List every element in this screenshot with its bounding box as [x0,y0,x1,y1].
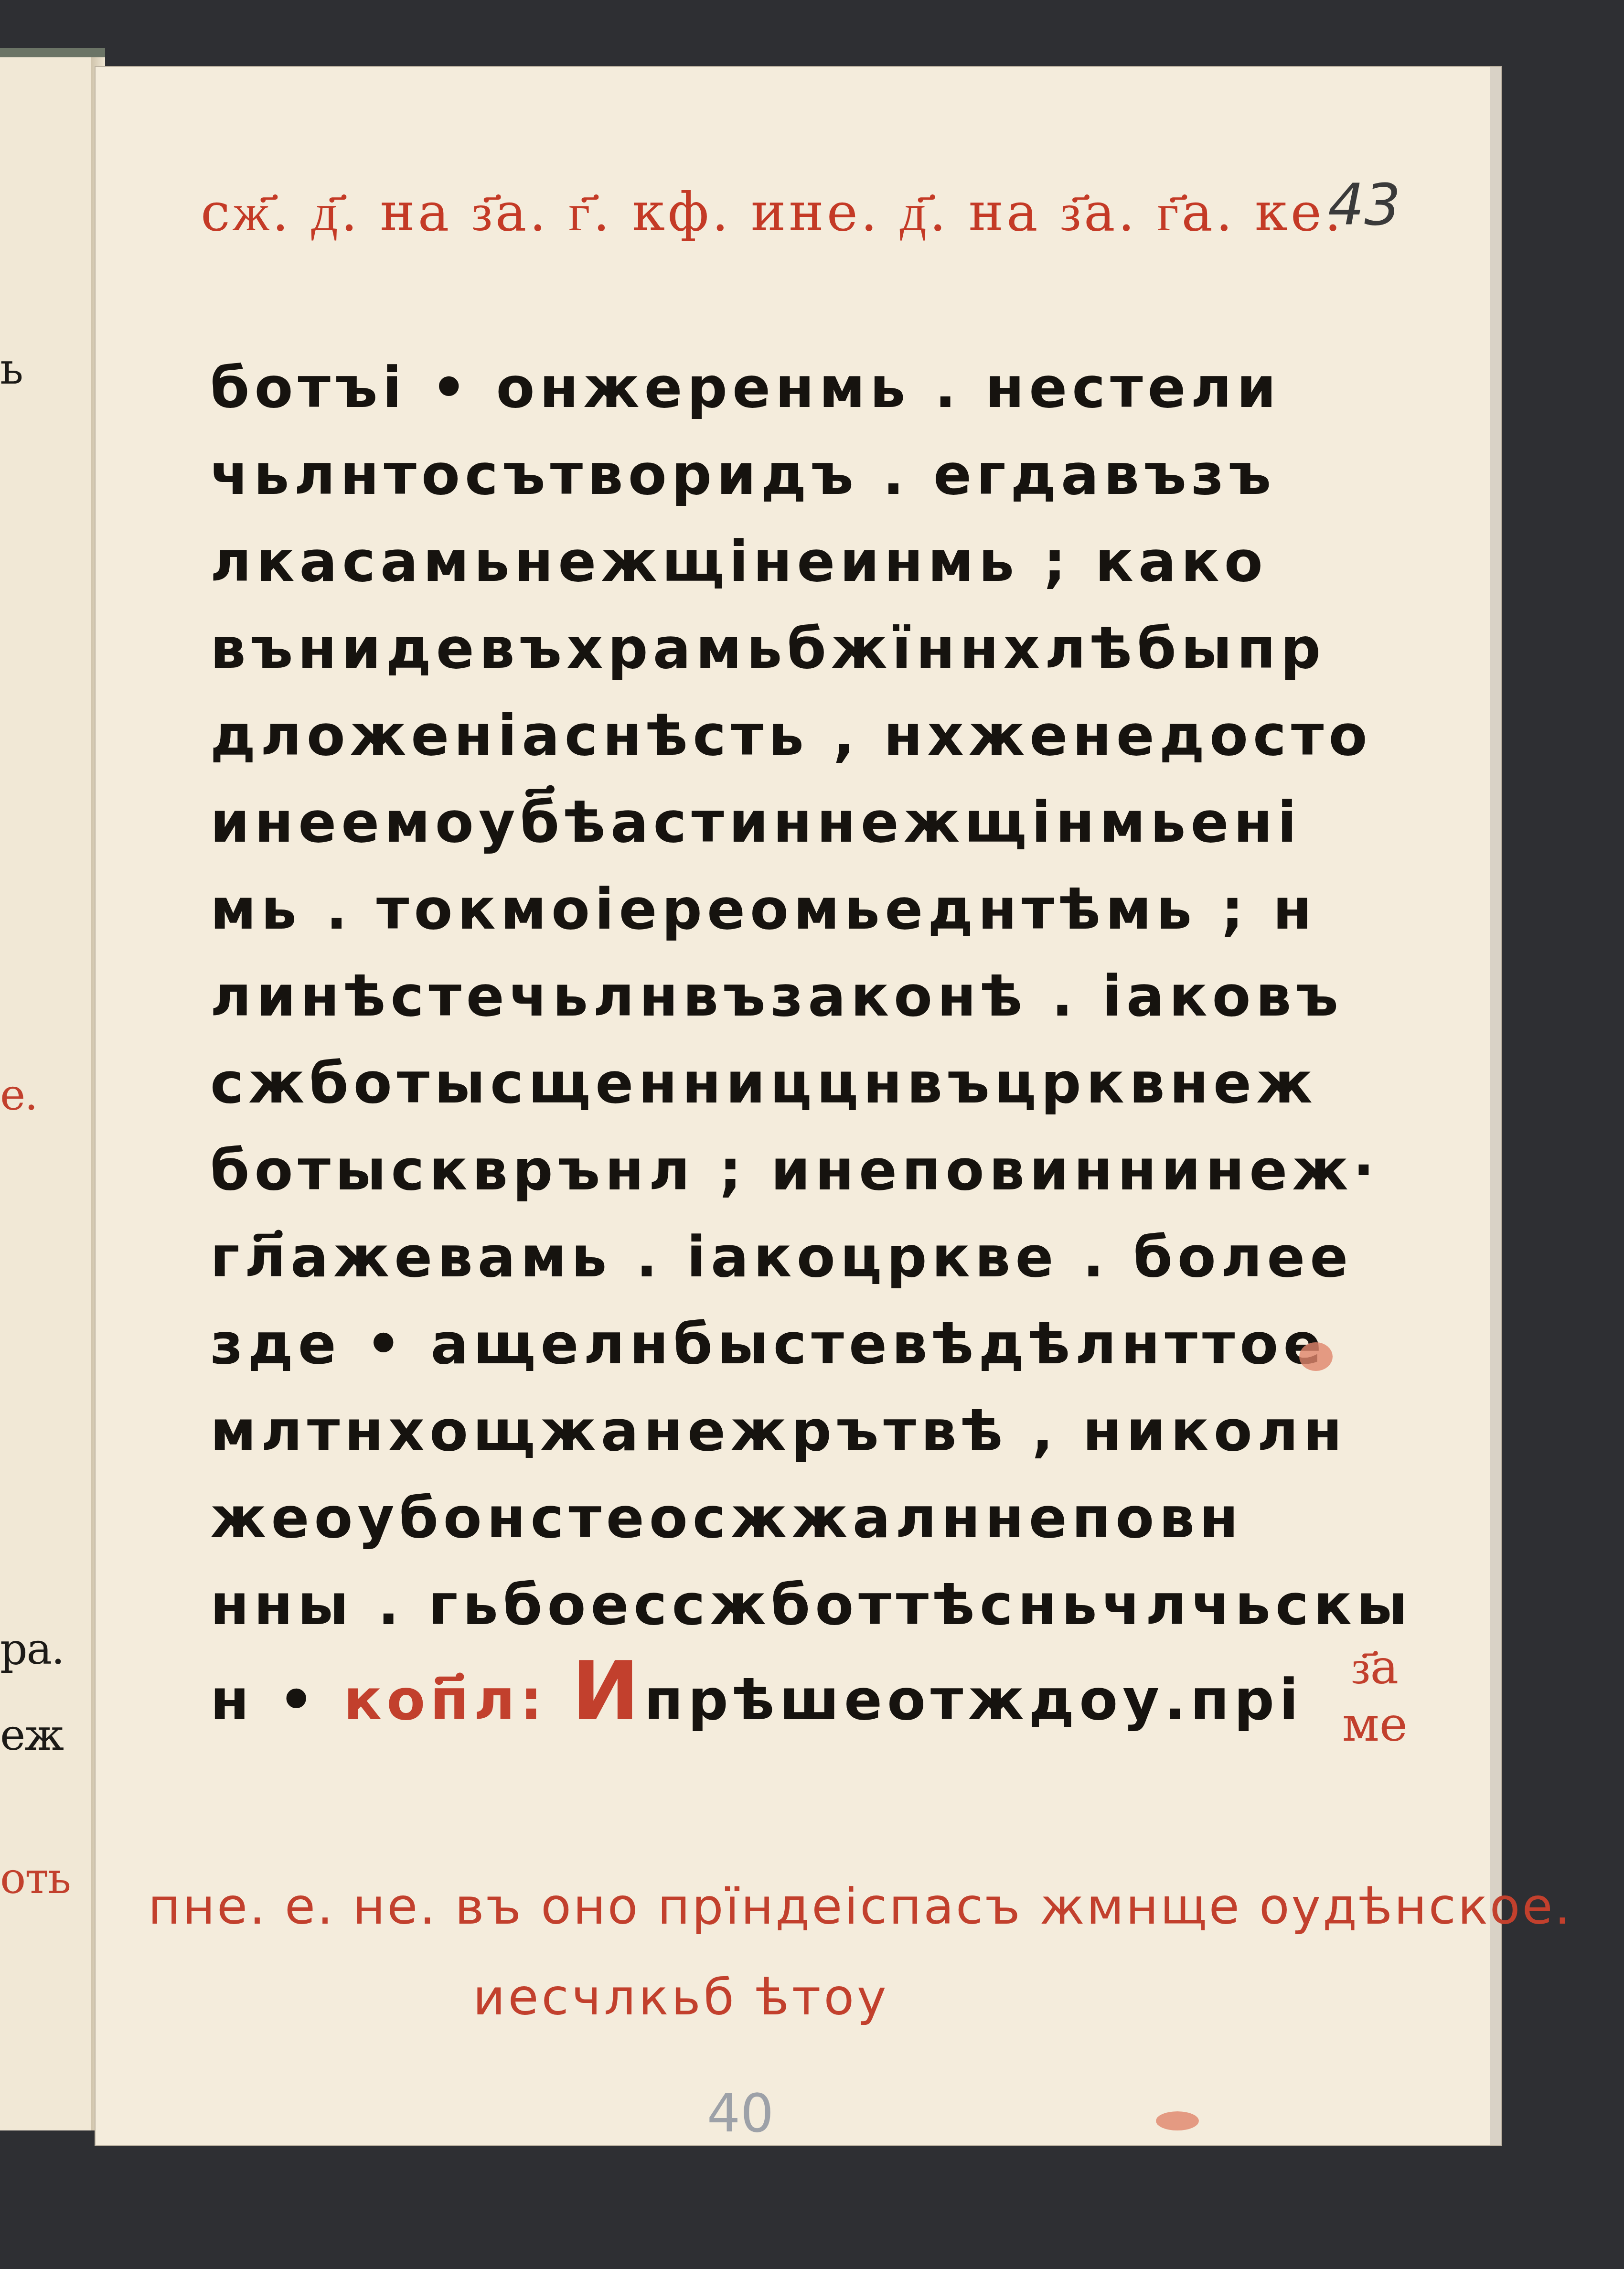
margin-note-line: з҃а [1342,1638,1408,1696]
bottom-rubric-line-1: пне. е. не. въ оно прїндеіспасъ жмнще оу… [148,1877,1572,1936]
text-line: сжботысщенниццнвъцрквнеж [210,1039,1261,1126]
red-initial: И [572,1644,644,1739]
margin-note-line: ме [1342,1696,1408,1753]
pencil-page-number: 40 [707,2083,774,2144]
folio-number: 43 [1328,172,1401,238]
red-stain [1299,1342,1333,1371]
text-line: инеемоуб҃ѣастиннежщінмьені [210,779,1261,866]
left-page-fragment: ра. [0,1624,64,1674]
left-page-fragment: ь [0,344,22,394]
main-text-block: ботъі • онжеренмь . нестели чьлнтосътвор… [210,344,1261,1735]
red-stain [1156,2111,1199,2130]
text-line: чьлнтосътворидъ . егдавъзъ [210,431,1261,518]
margin-note-right: з҃а ме [1342,1638,1408,1753]
left-facing-page: ь е. ра. еж оть [0,57,94,2130]
text-line: нны . гьбоессжботтѣсньчлчьскы [210,1561,1261,1648]
left-page-fragment: оть [0,1853,70,1904]
header-rubric: сж҃. д҃. на з҃а. г҃. кф. ине. д҃. на з҃а… [201,182,1344,243]
text-line: зде • ащелнбыстевѣдѣлнттое [210,1300,1261,1387]
last-line-prefix: н • [210,1667,343,1733]
left-page-fragment: е. [0,1070,37,1120]
text-line: ботъі • онжеренмь . нестели [210,344,1261,431]
bottom-rubric-line-2: иесчлкьб ѣтоу [473,1968,889,2026]
text-line: гл҃ажевамь . іакоцркве . более [210,1213,1261,1300]
text-line: лкасамьнежщінеинмь ; како [210,518,1261,605]
manuscript-page: сж҃. д҃. на з҃а. г҃. кф. ине. д҃. на з҃а… [96,67,1501,2145]
text-line: дложеніаснѣсть , нхженедосто [210,692,1261,779]
text-line-last: н • коп҃л: Ипрѣшеотждоу.прі [210,1648,1261,1735]
text-line: млтнхощжанежрътвѣ , николн [210,1387,1261,1474]
text-line: линѣстечьлнвъзаконѣ . іаковъ [210,953,1261,1039]
text-line: ботыскврънл ; инеповиннинеж· [210,1126,1261,1213]
rubric-abbreviation: коп҃л: [343,1667,547,1733]
text-line: мь . токмоіереомьеднтѣмь ; н [210,866,1261,953]
text-line: жеоубонстеосжжалннеповн [210,1474,1261,1561]
left-page-fragment: еж [0,1710,63,1760]
last-line-rest: прѣшеотждоу.прі [644,1667,1303,1733]
text-line: вънидевъхрамьбжїннхлѣбыпр [210,605,1261,692]
